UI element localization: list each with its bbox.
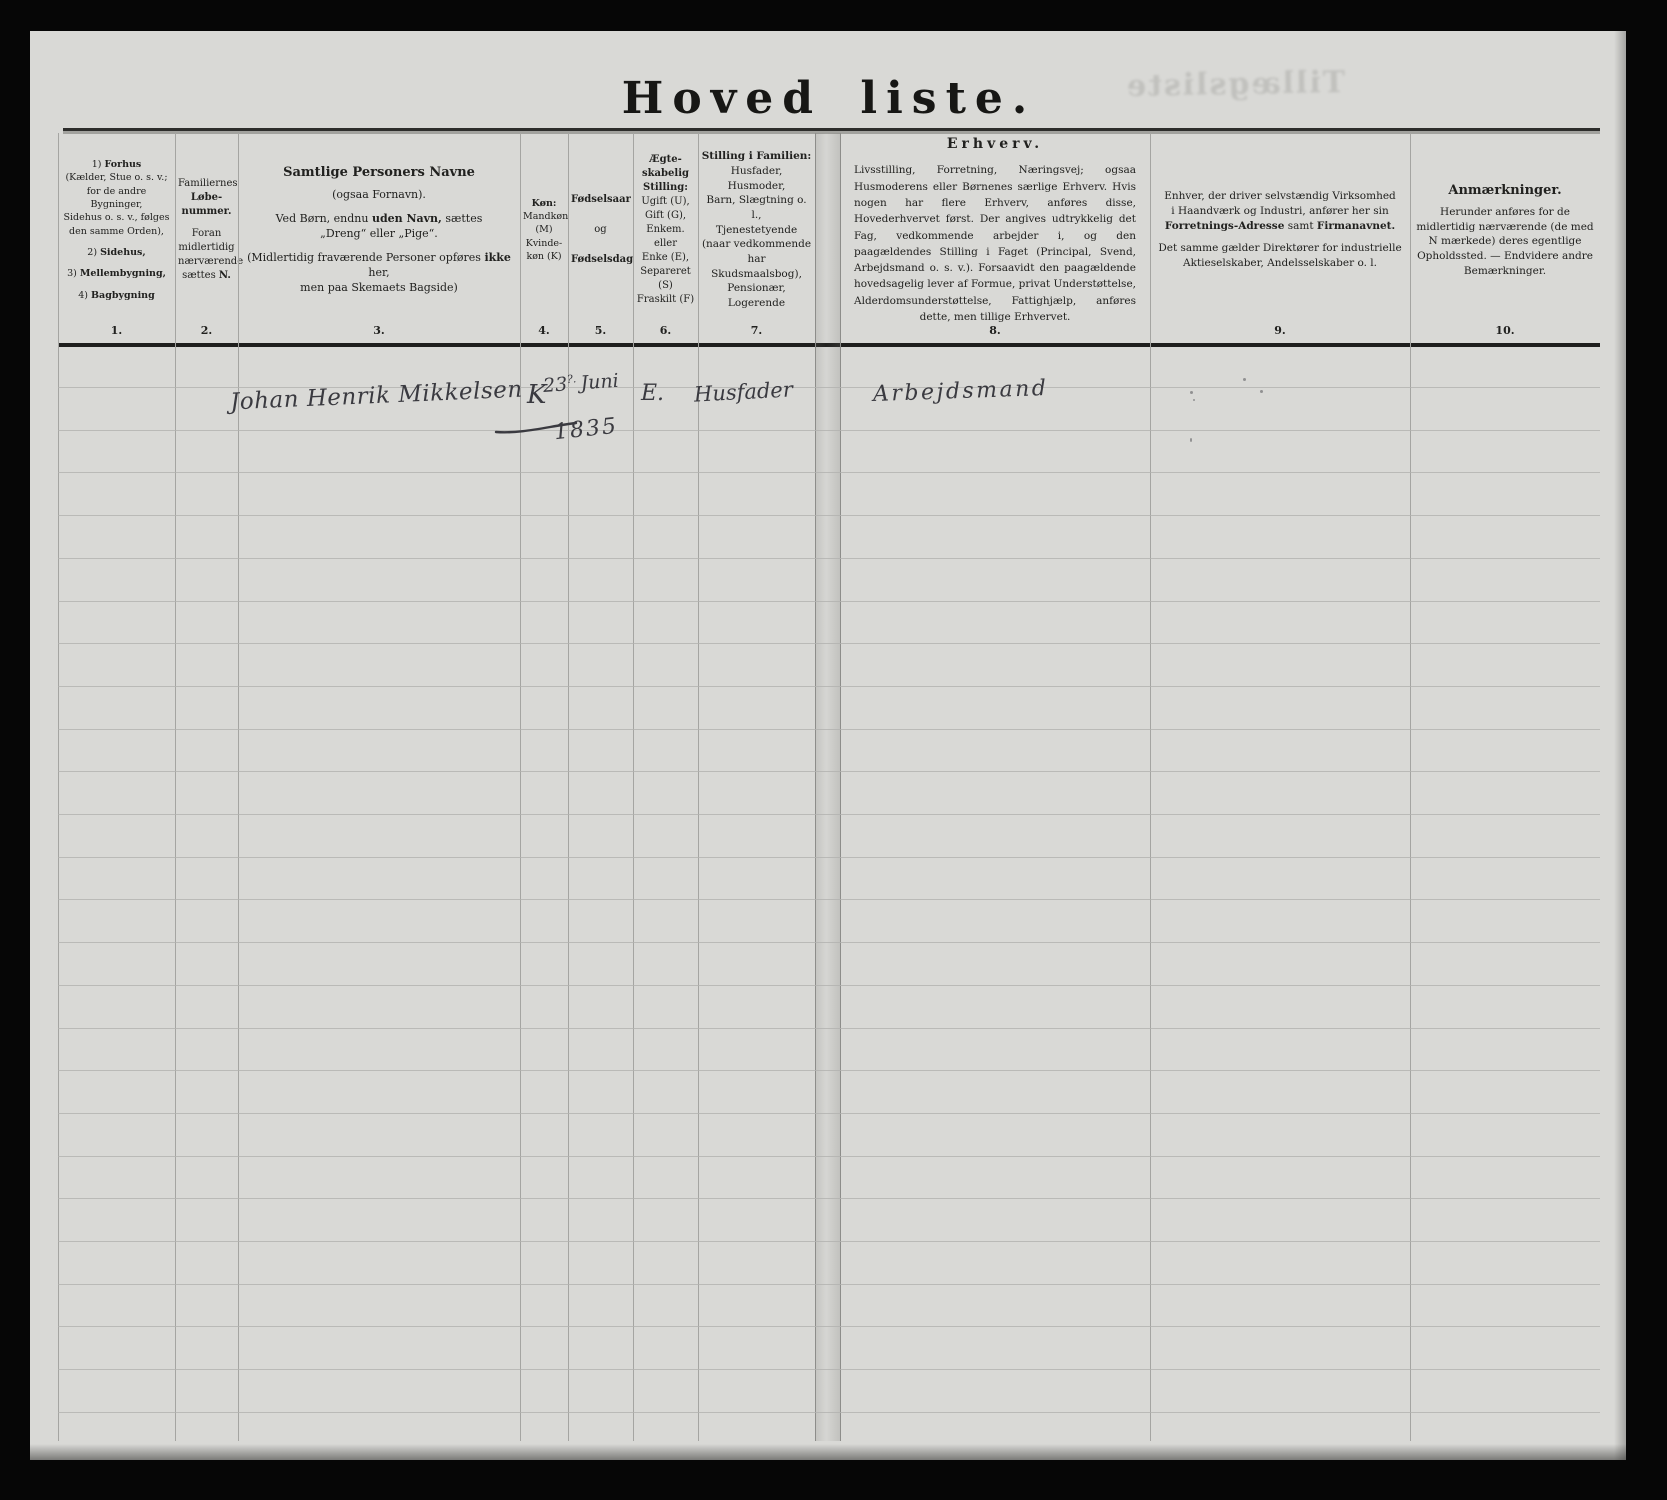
grid-hline <box>58 1326 1600 1327</box>
grid-hline <box>58 1070 1600 1071</box>
column-header-9: Enhver, der driver selvstændig Virksomhe… <box>1150 137 1410 323</box>
ink-speck <box>1243 378 1246 381</box>
grid-hline <box>58 643 1600 644</box>
column-number: 10. <box>1410 324 1600 341</box>
grid-vline <box>633 133 634 1441</box>
ink-speck <box>1260 390 1263 393</box>
page-fold-band <box>815 133 840 1441</box>
grid-hline <box>58 814 1600 815</box>
paper-right-shadow <box>1614 31 1626 1460</box>
column-header-1: 1) Forhus(Kælder, Stue o. s. v.;for de a… <box>58 137 175 323</box>
grid-hline <box>58 985 1600 986</box>
page-title: Hoved liste. <box>58 73 1600 124</box>
grid-hline <box>58 515 1600 516</box>
grid-hline <box>58 1284 1600 1285</box>
paper-bottom-shadow <box>30 1444 1626 1460</box>
grid-hline <box>58 1412 1600 1413</box>
grid-vline <box>815 133 816 1441</box>
grid-vline <box>840 133 841 1441</box>
grid-hline <box>58 686 1600 687</box>
grid-vline <box>238 133 239 1441</box>
grid-hline <box>58 1241 1600 1242</box>
title-rule <box>63 128 1600 131</box>
grid-vline <box>698 133 699 1441</box>
grid-vline <box>58 133 59 1441</box>
entry-marital-status-handwriting: E. <box>641 381 664 406</box>
grid-hline <box>58 899 1600 900</box>
entry-birthdate-handwriting: 23?.Juni <box>542 369 619 397</box>
entry-occupation-handwriting: Arbejdsmand <box>873 376 1049 407</box>
column-header-3: Samtlige Personers Navne(ogsaa Fornavn).… <box>238 137 520 323</box>
grid-hline <box>58 1198 1600 1199</box>
column-number: 5. <box>568 324 633 341</box>
grid-hline <box>58 942 1600 943</box>
grid-hline <box>58 430 1600 431</box>
column-header-2: FamiliernesLøbe-nummer.Foranmidlertidign… <box>175 137 238 323</box>
column-number: 3. <box>238 324 520 341</box>
column-number: 9. <box>1150 324 1410 341</box>
entry-family-position-handwriting: Husfader <box>693 377 793 406</box>
column-number: 6. <box>633 324 698 341</box>
column-number: 1. <box>58 324 175 341</box>
column-header-8: Erhverv.Livsstilling, Forretning, Næring… <box>840 137 1150 323</box>
grid-hline <box>58 1369 1600 1370</box>
entry-name-handwriting: Johan Henrik Mikkelsen <box>230 377 523 416</box>
grid-hline <box>58 558 1600 559</box>
grid-vline <box>568 133 569 1441</box>
grid-vline <box>520 133 521 1441</box>
column-number: 4. <box>520 324 568 341</box>
grid-hline <box>58 601 1600 602</box>
column-header-5: FødselsaarogFødselsdag <box>568 137 633 323</box>
grid-hline <box>58 1113 1600 1114</box>
ink-speck <box>1190 438 1192 442</box>
grid-vline <box>1410 133 1411 1441</box>
column-number: 8. <box>840 324 1150 341</box>
grid-vline <box>1150 133 1151 1441</box>
column-header-4: Køn:Mandkøn(M)Kvinde-køn (K) <box>520 137 568 323</box>
grid-vline <box>175 133 176 1441</box>
entry-birthyear-handwriting: 1835 <box>553 414 619 446</box>
scanned-census-page: Tillægsliste Hoved liste. 1) Forhus(Kæld… <box>0 0 1667 1500</box>
grid-hline <box>58 857 1600 858</box>
grid-hline <box>58 729 1600 730</box>
column-header-10: Anmærkninger.Herunder anføres for demidl… <box>1410 137 1600 323</box>
grid-hline <box>58 1028 1600 1029</box>
column-header-7: Stilling i Familien:Husfader, Husmoder,B… <box>698 137 815 323</box>
paper-sheet: Tillægsliste Hoved liste. 1) Forhus(Kæld… <box>30 31 1626 1460</box>
grid-hline <box>58 771 1600 772</box>
column-number: 7. <box>698 324 815 341</box>
ink-speck <box>1193 399 1195 401</box>
grid-hline <box>58 472 1600 473</box>
grid-hline <box>58 1156 1600 1157</box>
column-number: 2. <box>175 324 238 341</box>
ink-speck <box>1190 391 1193 394</box>
column-header-6: Ægte-skabeligStilling:Ugift (U),Gift (G)… <box>633 137 698 323</box>
